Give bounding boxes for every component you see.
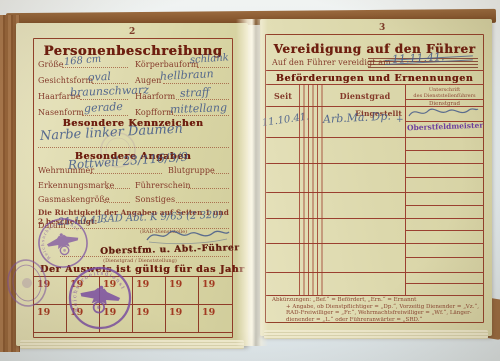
dotted-line bbox=[163, 83, 229, 84]
right-page-number: 3 bbox=[379, 23, 385, 33]
field-label-fuehrerschein: Führerschein bbox=[135, 181, 191, 190]
promotions-heading: Beförderungen und Ernennungen bbox=[265, 73, 484, 84]
left-page-number: 2 bbox=[129, 27, 135, 37]
oath-label: Auf den Führer vereidigt am bbox=[272, 58, 391, 67]
year-cell: 19 bbox=[67, 277, 100, 305]
table-top-line bbox=[265, 84, 484, 85]
dotted-line bbox=[38, 147, 229, 148]
field-label-gesichtsform: Gesichtsform bbox=[38, 76, 93, 85]
footnote-line-3: RAD-Freiwilliger = „Fr.“, Wehrmachtsfrei… bbox=[286, 310, 472, 316]
table-line bbox=[265, 137, 484, 138]
year-cell: 19 bbox=[100, 277, 133, 305]
year-cell: 19 bbox=[133, 305, 166, 333]
section-divider bbox=[265, 70, 484, 71]
table-line bbox=[265, 243, 484, 244]
signature-midline bbox=[405, 150, 484, 151]
field-value-haarform: straff bbox=[180, 85, 210, 100]
year-cell: 19 bbox=[199, 277, 232, 305]
year-cell: 19 bbox=[199, 305, 232, 333]
year-cell: 19 bbox=[67, 305, 100, 333]
footnote-line-2: + Angabe, ob Dienstpflichtiger = „Dp.“, … bbox=[286, 304, 479, 310]
dotted-line bbox=[60, 256, 229, 257]
footnote-line-4: dienender = „L.“ oder Führeranwärter = „… bbox=[286, 317, 422, 323]
field-label-sonstiges: Sonstiges bbox=[135, 195, 175, 204]
signature-midline bbox=[405, 177, 484, 178]
dotted-line bbox=[90, 173, 162, 174]
field-label-erkennungsmarke: Erkennungsmarke bbox=[38, 181, 114, 190]
col-header-dienstgrad: Dienstgrad bbox=[325, 91, 405, 101]
right-page-title: Vereidigung auf den Führer bbox=[270, 42, 479, 56]
field-label-kopfform: Kopfform bbox=[135, 108, 174, 117]
left-page-bottom-edge bbox=[20, 340, 244, 349]
signature-midline bbox=[405, 230, 484, 231]
dotted-line bbox=[104, 202, 130, 203]
table-column-line bbox=[405, 84, 406, 295]
table-bottom-line bbox=[265, 295, 484, 296]
signature-midline bbox=[405, 283, 484, 284]
table-line bbox=[265, 218, 484, 219]
col-header-seit: Seit bbox=[274, 91, 292, 101]
dotted-line bbox=[212, 173, 229, 174]
field-value-augen: hellbraun bbox=[160, 67, 214, 83]
field-label-groesse: Größe bbox=[38, 60, 64, 69]
dotted-line bbox=[176, 202, 229, 203]
table-line bbox=[265, 192, 484, 193]
field-label-gasmaske: Gasmaskengröße bbox=[38, 195, 110, 204]
year-cell: 19 bbox=[34, 277, 67, 305]
row1-mark: + bbox=[396, 115, 404, 125]
year-cell: 19 bbox=[34, 305, 67, 333]
dotted-line bbox=[188, 188, 229, 189]
year-cell: 19 bbox=[166, 305, 199, 333]
year-cell: 19 bbox=[166, 277, 199, 305]
table-line bbox=[265, 163, 484, 164]
signature-midline bbox=[405, 205, 484, 206]
signature-midline bbox=[405, 257, 484, 258]
year-validity-grid: 19 19 19 19 19 19 19 19 19 19 19 19 bbox=[33, 276, 233, 333]
dotted-line bbox=[82, 115, 128, 116]
dotted-line bbox=[106, 188, 130, 189]
field-value-nasenform: gerade bbox=[84, 100, 124, 115]
row1-signature-scribble bbox=[407, 103, 481, 123]
valid-heading: Der Ausweis ist gültig für das Jahr bbox=[40, 264, 226, 275]
footnote-line-1: Abkürzungen: „Bef.“ = Befördert, „Ern.“ … bbox=[272, 297, 416, 303]
right-page-bottom-edge bbox=[264, 330, 488, 339]
table-stripe-band bbox=[299, 84, 325, 295]
field-label-blutgruppe: Blutgruppe bbox=[168, 166, 215, 175]
document-photo: 2 Personenbeschreibung Größe 168 cm Körp… bbox=[0, 0, 500, 361]
table-line bbox=[265, 272, 484, 273]
year-cell: 19 bbox=[100, 305, 133, 333]
year-cell: 19 bbox=[133, 277, 166, 305]
field-value-kopfform: mittellang bbox=[170, 101, 227, 116]
field-label-nasenform: Nasenform bbox=[38, 108, 84, 117]
signature-midline bbox=[405, 121, 484, 122]
field-label-haarform: Haarform bbox=[135, 92, 175, 101]
oath-rule-line bbox=[368, 67, 478, 68]
field-value-gesichtsform: oval bbox=[88, 70, 112, 84]
